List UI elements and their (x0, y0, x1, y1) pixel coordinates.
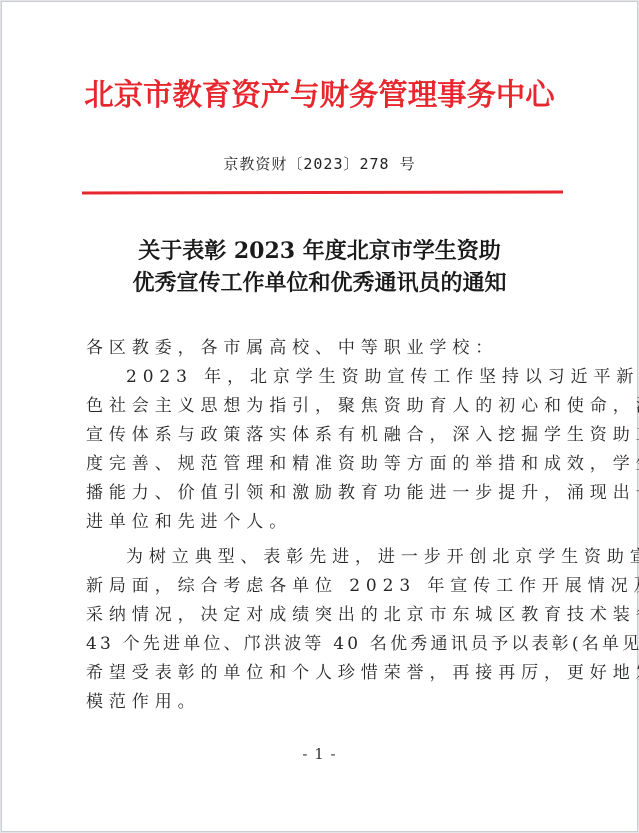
paragraph-1-line: 度完善、规范管理和精准资助等方面的举措和成效，学生资助传 (86, 453, 639, 475)
paragraph-1-line: 2023 年，北京学生资助宣传工作坚持以习近平新时代中国特 (126, 366, 639, 388)
notice-title-line-1: 关于表彰 2023 年度北京市学生资助 (2, 235, 637, 267)
paragraph-2-line: 43 个先进单位、邝洪波等 40 名优秀通讯员予以表彰(名单见附件)。 (86, 633, 639, 655)
paragraph-2-line: 希望受表彰的单位和个人珍惜荣誉，再接再厉，更好地发挥先进 (86, 662, 639, 684)
document-number: 京教资财〔2023〕278 号 (2, 153, 637, 175)
paragraph-1-line: 色社会主义思想为指引，聚焦资助育人的初心和使命，注重资助 (86, 395, 639, 417)
paragraph-1-line: 播能力、价值引领和激励教育功能进一步提升，涌现出一大批先 (86, 482, 639, 504)
paragraph-2-line: 为树立典型、表彰先进，进一步开创北京学生资助宣传工作 (126, 546, 639, 568)
paragraph-1-line: 进单位和先进个人。 (86, 511, 292, 533)
document-page: 北京市教育资产与财务管理事务中心 京教资财〔2023〕278 号 关于表彰 20… (1, 1, 638, 832)
red-divider-line (82, 190, 563, 194)
notice-title-line-2: 优秀宣传工作单位和优秀通讯员的通知 (2, 267, 637, 299)
paragraph-2-line: 采纳情况，决定对成绩突出的北京市东城区教育技术装备中心等 (86, 604, 639, 626)
issuer-header: 北京市教育资产与财务管理事务中心 (8, 76, 630, 116)
page-number: - 1 - (2, 744, 637, 764)
salutation: 各区教委，各市属高校、中等职业学校： (86, 337, 498, 359)
notice-title: 关于表彰 2023 年度北京市学生资助 优秀宣传工作单位和优秀通讯员的通知 (2, 235, 637, 299)
paragraph-2-line: 模范作用。 (86, 691, 201, 713)
paragraph-2-line: 新局面，综合考虑各单位 2023 年宣传工作开展情况及信息报送 (86, 575, 639, 597)
paragraph-1-line: 宣传体系与政策落实体系有机融合，深入挖掘学生资助工作在制 (86, 424, 639, 446)
